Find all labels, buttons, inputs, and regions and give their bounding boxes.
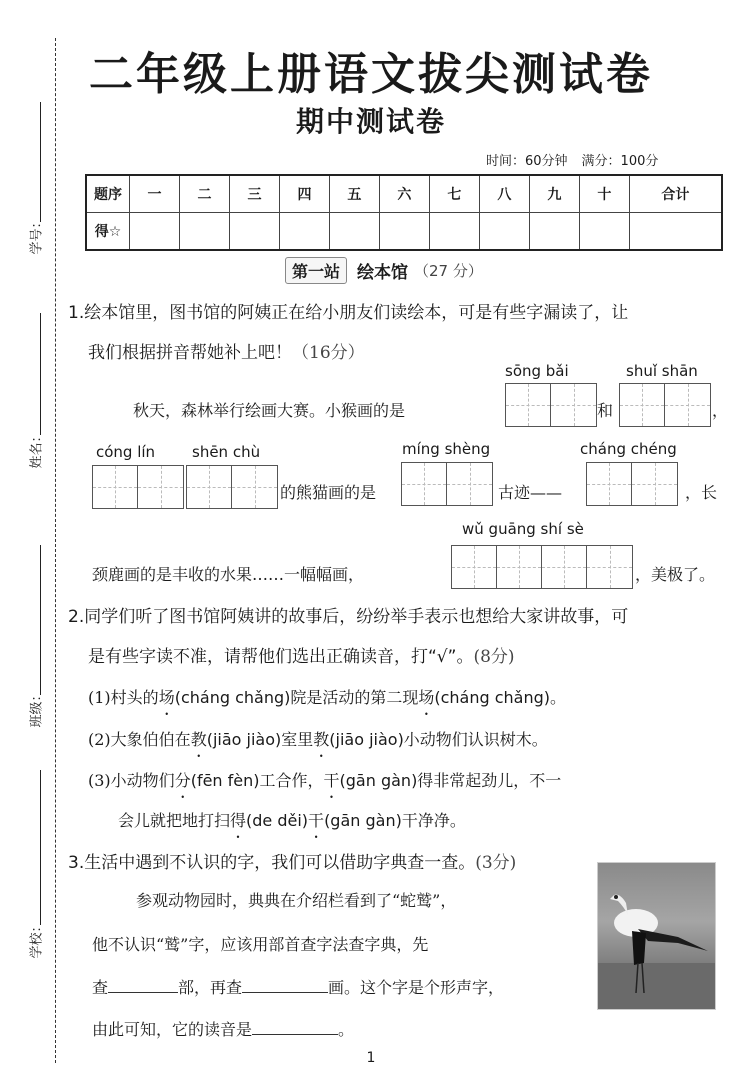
item-text: 会儿就把地打扫: [118, 811, 230, 830]
q1-passage-end: ，美极了。: [635, 562, 715, 585]
name-label: 姓名：: [26, 443, 45, 469]
q2-points: (8分): [473, 647, 514, 667]
header-cell: 八: [479, 175, 529, 213]
header-cell: 合计: [629, 175, 722, 213]
secretary-bird-photo: [597, 862, 716, 1010]
score-table-header-row: 题序 一 二 三 四 五 六 七 八 九 十 合计: [86, 175, 722, 213]
q3-prompt: 3.生活中遇到不认识的字，我们可以借助字典查一查。(3分): [68, 846, 516, 880]
score-cell[interactable]: [379, 213, 429, 251]
writing-grid-mingsheng[interactable]: [401, 462, 493, 506]
q1-guji: 古迹——: [498, 480, 562, 503]
school-label: 学校：: [26, 933, 45, 959]
q1-and: 和: [597, 398, 613, 421]
pinyin-choice[interactable]: (cháng chǎng)院是活动的第二现: [175, 688, 419, 707]
q2-prompt-line1: 2.同学们听了图书馆阿姨讲的故事后，纷纷举手表示也想给大家讲故事，可: [68, 600, 628, 634]
q3-text: 由此可知，它的读音是: [92, 1020, 252, 1039]
target-char: 干: [324, 771, 340, 790]
pinyin-choice[interactable]: (jiāo jiào)室里: [207, 730, 314, 749]
q1-chang: ，长: [685, 480, 717, 503]
pinyin-choice[interactable]: (fēn fèn)工合作，: [191, 771, 324, 790]
binding-dashed-line: [55, 38, 56, 1063]
q3-passage-line3: 查部，再查画。这个字是个形声字，: [92, 974, 504, 998]
q2-item-1: (1)村头的场(cháng chǎng)院是活动的第二现场(cháng chǎn…: [88, 685, 566, 708]
pinyin-shenchu: shēn chù: [192, 443, 260, 461]
pinyin-conglin: cóng lín: [96, 443, 155, 461]
radical-answer-blank[interactable]: [108, 974, 178, 993]
pinyin-choice[interactable]: (gān gàn)干净净。: [324, 811, 466, 830]
q3-text: 查: [92, 978, 108, 997]
header-cell: 题序: [86, 175, 130, 213]
header-cell: 五: [329, 175, 379, 213]
target-char: 场: [418, 688, 434, 707]
q2-item-2: (2)大象伯伯在教(jiāo jiào)室里教(jiāo jiào)小动物们认识…: [88, 727, 548, 750]
q1-prompt-line2: 我们根据拼音帮她补上吧！（16分）: [88, 336, 365, 370]
class-underline: [40, 545, 41, 695]
header-cell: 一: [130, 175, 180, 213]
score-cell-total[interactable]: [629, 213, 722, 251]
score-cell[interactable]: [279, 213, 329, 251]
writing-grid-wuguangshise[interactable]: [451, 545, 633, 589]
score-cell[interactable]: [429, 213, 479, 251]
target-char: 场: [159, 688, 175, 707]
score-row-label: 得☆: [86, 213, 130, 251]
item-text: 小动物们: [111, 771, 175, 790]
item-label: (3): [88, 771, 111, 790]
q1-passage-line3: 颈鹿画的是丰收的水果……一幅幅画，: [92, 562, 364, 585]
item-text: 大象伯伯在: [111, 730, 191, 749]
section-heading: 第一站 绘本馆 （27 分）: [285, 257, 483, 284]
bird-illustration-icon: [598, 863, 715, 1009]
time-limit: 时间：60分钟: [486, 154, 568, 169]
score-cell[interactable]: [579, 213, 629, 251]
q1-passage-line1: 秋天，森林举行绘画大赛。小猴画的是: [133, 398, 405, 421]
target-char: 教: [191, 730, 207, 749]
writing-grid-songbai[interactable]: [505, 383, 597, 427]
q3-passage-line1: 参观动物园时，典典在介绍栏看到了“蛇鹫”，: [136, 888, 456, 911]
target-char: 分: [175, 771, 191, 790]
pinyin-choice[interactable]: (jiāo jiào)小动物们认识树木。: [329, 730, 548, 749]
exam-meta: 时间：60分钟满分：100分: [486, 150, 672, 169]
full-score: 满分：100分: [582, 154, 659, 169]
pinyin-wuguangshise: wǔ guāng shí sè: [462, 520, 584, 538]
score-cell[interactable]: [179, 213, 229, 251]
q2-prompt-text: 是有些字读不准，请帮他们选出正确读音，打“√”。: [88, 647, 473, 667]
item-label: (1): [88, 688, 111, 707]
item-label: (2): [88, 730, 111, 749]
q1-points: （16分）: [292, 343, 365, 363]
q2-item-3: (3)小动物们分(fēn fèn)工合作，干(gān gàn)得非常起劲儿，不一: [88, 768, 561, 791]
writing-grid-shenchu[interactable]: [186, 465, 278, 509]
header-cell: 九: [529, 175, 579, 213]
header-cell: 三: [229, 175, 279, 213]
name-underline: [40, 313, 41, 435]
pronunciation-answer-blank[interactable]: [252, 1016, 338, 1035]
q2-prompt-line2: 是有些字读不准，请帮他们选出正确读音，打“√”。(8分): [88, 640, 515, 674]
score-cell[interactable]: [329, 213, 379, 251]
score-cell[interactable]: [229, 213, 279, 251]
writing-grid-shuishan[interactable]: [619, 383, 711, 427]
q3-prompt-text: 3.生活中遇到不认识的字，我们可以借助字典查一查。: [68, 853, 475, 873]
school-underline: [40, 770, 41, 925]
station-badge: 第一站: [285, 257, 347, 284]
writing-grid-conglin[interactable]: [92, 465, 184, 509]
q3-text: 。: [338, 1020, 354, 1039]
pinyin-songbai: sōng bǎi: [505, 362, 569, 380]
pinyin-choice[interactable]: (de děi): [246, 811, 308, 830]
q1-prompt-line1: 1.绘本馆里，图书馆的阿姨正在给小朋友们读绘本，可是有些字漏读了，让: [68, 296, 628, 330]
q3-text: 画。这个字是个形声字，: [328, 978, 504, 997]
header-cell: 七: [429, 175, 479, 213]
header-cell: 四: [279, 175, 329, 213]
pinyin-changcheng: cháng chéng: [580, 440, 677, 458]
pinyin-shuishan: shuǐ shān: [626, 362, 698, 380]
q3-text: 部，再查: [178, 978, 242, 997]
target-char: 得: [230, 811, 246, 830]
class-label: 班级：: [26, 702, 45, 728]
page-number: 1: [0, 1050, 742, 1066]
item-text: 村头的: [111, 688, 159, 707]
exam-subtitle: 期中测试卷: [0, 100, 742, 140]
target-char: 干: [308, 811, 324, 830]
stroke-count-answer-blank[interactable]: [242, 974, 328, 993]
q1-passage-line2: 的熊猫画的是: [280, 480, 376, 503]
pinyin-mingsheng: míng shèng: [402, 440, 490, 458]
pinyin-choice[interactable]: (cháng chǎng)。: [434, 688, 566, 707]
score-table: 题序 一 二 三 四 五 六 七 八 九 十 合计 得☆: [85, 174, 723, 251]
q3-passage-line4: 由此可知，它的读音是。: [92, 1016, 354, 1040]
writing-grid-changcheng[interactable]: [586, 462, 678, 506]
score-cell[interactable]: [479, 213, 529, 251]
score-cell[interactable]: [529, 213, 579, 251]
q3-points: (3分): [475, 853, 516, 873]
header-cell: 六: [379, 175, 429, 213]
pinyin-choice[interactable]: (gān gàn)得非常起劲儿，不一: [340, 771, 562, 790]
q3-passage-line2: 他不认识“鹫”字，应该用部首查字法查字典，先: [92, 932, 428, 955]
target-char: 教: [313, 730, 329, 749]
score-table-score-row: 得☆: [86, 213, 722, 251]
q2-item-3-cont: 会儿就把地打扫得(de děi)干(gān gàn)干净净。: [118, 808, 466, 831]
exam-title: 二年级上册语文拔尖测试卷: [0, 38, 742, 102]
q1-comma: ，: [712, 398, 728, 421]
header-cell: 十: [579, 175, 629, 213]
station-name: 绘本馆: [357, 258, 408, 283]
header-cell: 二: [179, 175, 229, 213]
student-id-label: 学号：: [26, 229, 45, 255]
q1-prompt-text: 我们根据拼音帮她补上吧！: [88, 343, 292, 363]
score-cell[interactable]: [130, 213, 180, 251]
station-points: （27 分）: [414, 260, 483, 281]
